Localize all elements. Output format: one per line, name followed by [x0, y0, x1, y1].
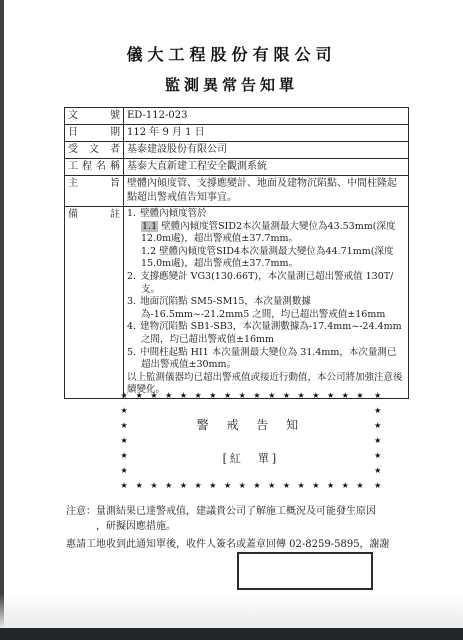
warning-red-slip-tag: [紅 單] [223, 450, 280, 466]
star-border-top: ★ ★ ★ ★ ★ ★ ★ ★ ★ ★ ★ ★ ★ ★ ★ ★ [136, 392, 366, 400]
warning-star-box: ★★★★★★★ ★ ★ ★ ★ ★ ★ ★ ★ ★ ★ ★ ★ ★ ★ ★ ★ … [121, 392, 353, 490]
page-bottom-bar [0, 628, 463, 640]
remark-item-1-1-text: 壁體內傾度管SID2本次量測最大變位為43.53mm(深度 12.0m處)，超出… [141, 221, 395, 245]
return-instruction-line: 惠請工地收到此通知單後，收件人簽名或蓋章回傳 02-8259-5895，謝謝 [66, 537, 418, 552]
remark-item-1-number: 1. [127, 208, 136, 219]
doc-number-label: 文號 [65, 108, 124, 125]
remark-item-3-text: 地面沉陷點 SM5-SM15，本次量測數據為-16.5mm~-21.2mm5 之… [140, 296, 385, 320]
remark-item-4-text: 建物沉陷點 SB1-SB3，本次量測數據為-17.4mm~-24.4mm 之間，… [140, 321, 402, 345]
remark-item-5: 5.中間柱起點 HI1 本次量測最大變位為 31.4mm，本次量測已超出警戒值±… [127, 347, 405, 372]
remark-item-5-number: 5. [127, 347, 136, 358]
remark-item-1-text: 壁體內傾度管於 [140, 208, 207, 219]
recipient-row: 受文者 基泰建設股份有限公司 [65, 142, 409, 159]
date-row: 日期 112 年 9 月 1 日 [65, 125, 409, 142]
remark-item-1-1-number-highlighted: 1.1 [141, 221, 158, 232]
remark-item-1: 1.壁體內傾度管於 [127, 208, 405, 221]
doc-number-row: 文號 ED-112-023 [65, 108, 409, 125]
attention-note-line-1: 注意：量測結果已達警戒值，建議貴公司了解施工概況及可能發生原因 [66, 504, 418, 519]
attention-note-line-2: ，研擬因應措施。 [66, 519, 418, 534]
remarks-list: 1.壁體內傾度管於 1.1壁體內傾度管SID2本次量測最大變位為43.53mm(… [127, 208, 405, 397]
remark-item-2-text: 支撐應變計 VG3(130.66T)，本次量測已超出警戒值 130T/支。 [140, 271, 393, 295]
project-name-row: 工程名稱 基泰大直新建工程安全觀測系統 [65, 159, 409, 176]
project-name-value: 基泰大直新建工程安全觀測系統 [124, 159, 409, 176]
remark-item-3-number: 3. [127, 296, 136, 307]
date-value: 112 年 9 月 1 日 [124, 125, 409, 142]
remarks-label: 備註 [65, 207, 124, 399]
remark-item-1-2-text: 壁體內傾度管SID4本次量測最大變位為44.71mm(深度 15.0m處)，超出… [141, 246, 393, 270]
star-border-left: ★★★★★★★ [121, 392, 128, 490]
remarks-row: 備註 1.壁體內傾度管於 1.1壁體內傾度管SID2本次量測最大變位為43.53… [65, 207, 409, 399]
signature-box [237, 552, 373, 590]
page-bottom-shadow [0, 594, 463, 628]
star-border-bottom: ★ ★ ★ ★ ★ ★ ★ ★ ★ ★ ★ ★ ★ ★ ★ ★ [136, 482, 366, 490]
recipient-value: 基泰建設股份有限公司 [124, 142, 409, 159]
remark-item-2-number: 2. [127, 271, 136, 282]
subject-label: 主旨 [65, 176, 124, 207]
document-title: 監測異常告知單 [0, 74, 463, 95]
warning-box-area: ★★★★★★★ ★ ★ ★ ★ ★ ★ ★ ★ ★ ★ ★ ★ ★ ★ ★ ★ … [64, 392, 409, 490]
star-border-right: ★★★★★★★ [374, 392, 381, 490]
remark-item-4: 4.建物沉陷點 SB1-SB3，本次量測數據為-17.4mm~-24.4mm 之… [127, 321, 405, 346]
recipient-label: 受文者 [65, 142, 124, 159]
remark-item-1-1: 1.1壁體內傾度管SID2本次量測最大變位為43.53mm(深度 12.0m處)… [141, 221, 405, 246]
info-table: 文號 ED-112-023 日期 112 年 9 月 1 日 受文者 基泰建設股… [64, 107, 409, 399]
subject-row: 主旨 壁體內傾度管、支撐應變計、地面及建物沉陷點、中間柱隆起點超出警戒值告知事宜… [65, 176, 409, 207]
footer-notes: 注意：量測結果已達警戒值，建議貴公司了解施工概況及可能發生原因 ，研擬因應措施。… [66, 504, 418, 552]
date-label: 日期 [65, 125, 124, 142]
remark-item-2: 2.支撐應變計 VG3(130.66T)，本次量測已超出警戒值 130T/支。 [127, 271, 405, 296]
remark-item-4-number: 4. [127, 321, 136, 332]
remark-item-1-2: 1.2壁體內傾度管SID4本次量測最大變位為44.71mm(深度 15.0m處)… [141, 246, 405, 271]
remark-item-3: 3.地面沉陷點 SM5-SM15，本次量測數據為-16.5mm~-21.2mm5… [127, 296, 405, 321]
company-title: 儀大工程股份有限公司 [0, 42, 463, 65]
warning-title: 警 戒 告 知 [197, 416, 305, 433]
remarks-value: 1.壁體內傾度管於 1.1壁體內傾度管SID2本次量測最大變位為43.53mm(… [124, 207, 409, 399]
warning-box-center: ★ ★ ★ ★ ★ ★ ★ ★ ★ ★ ★ ★ ★ ★ ★ ★ 警 戒 告 知 … [128, 392, 374, 490]
remark-item-5-text: 中間柱起點 HI1 本次量測最大變位為 31.4mm，本次量測已超出警戒值±30… [140, 347, 396, 371]
remark-item-1-2-number: 1.2 [141, 246, 156, 257]
subject-value: 壁體內傾度管、支撐應變計、地面及建物沉陷點、中間柱隆起點超出警戒值告知事宜。 [124, 176, 409, 207]
project-name-label: 工程名稱 [65, 159, 124, 176]
doc-number-value: ED-112-023 [124, 108, 409, 125]
